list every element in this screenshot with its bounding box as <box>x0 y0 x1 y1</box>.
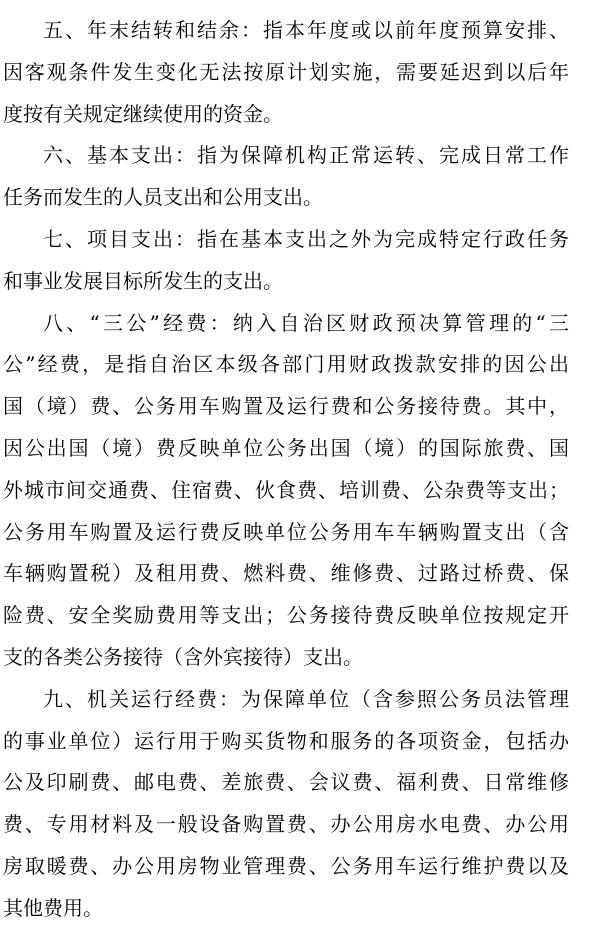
text-line: 七、项目支出：指在基本支出之外为完成特定行政任务 <box>3 219 569 261</box>
document-page: 五、年末结转和结余：指本年度或以前年度预算安排、 因客观条件发生变化无法按原计划… <box>0 0 600 944</box>
text-line: 任务而发生的人员支出和公用支出。 <box>3 177 569 219</box>
text-line: 费、专用材料及一般设备购置费、办公用房水电费、办公用 <box>3 804 569 846</box>
text-line: 险费、安全奖励费用等支出；公务接待费反映单位按规定开 <box>3 595 569 637</box>
text-line: 车辆购置税）及租用费、燃料费、维修费、过路过桥费、保 <box>3 553 569 595</box>
text-line: 支的各类公务接待（含外宾接待）支出。 <box>3 637 569 679</box>
text-line: 公”经费，是指自治区本级各部门用财政拨款安排的因公出 <box>3 344 569 386</box>
text-line: 外城市间交通费、住宿费、伙食费、培训费、公杂费等支出； <box>3 470 569 512</box>
text-line: 五、年末结转和结余：指本年度或以前年度预算安排、 <box>3 10 569 52</box>
text-line: 八、“三公”经费：纳入自治区财政预决算管理的“三 <box>3 303 569 345</box>
text-line: 因公出国（境）费反映单位公务出国（境）的国际旅费、国 <box>3 428 569 470</box>
text-line: 公及印刷费、邮电费、差旅费、会议费、福利费、日常维修 <box>3 762 569 804</box>
text-line: 度按有关规定继续使用的资金。 <box>3 94 569 136</box>
paragraph-carryover-funds: 五、年末结转和结余：指本年度或以前年度预算安排、 因客观条件发生变化无法按原计划… <box>3 10 569 135</box>
paragraph-three-public-funds: 八、“三公”经费：纳入自治区财政预决算管理的“三 公”经费，是指自治区本级各部门… <box>3 303 569 679</box>
text-line: 公务用车购置及运行费反映单位公务用车车辆购置支出（含 <box>3 512 569 554</box>
text-line: 和事业发展目标所发生的支出。 <box>3 261 569 303</box>
text-line: 房取暖费、办公用房物业管理费、公务用车运行维护费以及 <box>3 846 569 888</box>
paragraph-agency-operating-funds: 九、机关运行经费：为保障单位（含参照公务员法管理 的事业单位）运行用于购买货物和… <box>3 679 569 930</box>
text-line: 的事业单位）运行用于购买货物和服务的各项资金，包括办 <box>3 721 569 763</box>
paragraph-basic-expenditure: 六、基本支出：指为保障机构正常运转、完成日常工作 任务而发生的人员支出和公用支出… <box>3 135 569 219</box>
text-line: 九、机关运行经费：为保障单位（含参照公务员法管理 <box>3 679 569 721</box>
paragraph-project-expenditure: 七、项目支出：指在基本支出之外为完成特定行政任务 和事业发展目标所发生的支出。 <box>3 219 569 303</box>
text-line: 因客观条件发生变化无法按原计划实施，需要延迟到以后年 <box>3 52 569 94</box>
text-line: 其他费用。 <box>3 888 569 930</box>
text-line: 六、基本支出：指为保障机构正常运转、完成日常工作 <box>3 135 569 177</box>
text-line: 国（境）费、公务用车购置及运行费和公务接待费。其中， <box>3 386 569 428</box>
